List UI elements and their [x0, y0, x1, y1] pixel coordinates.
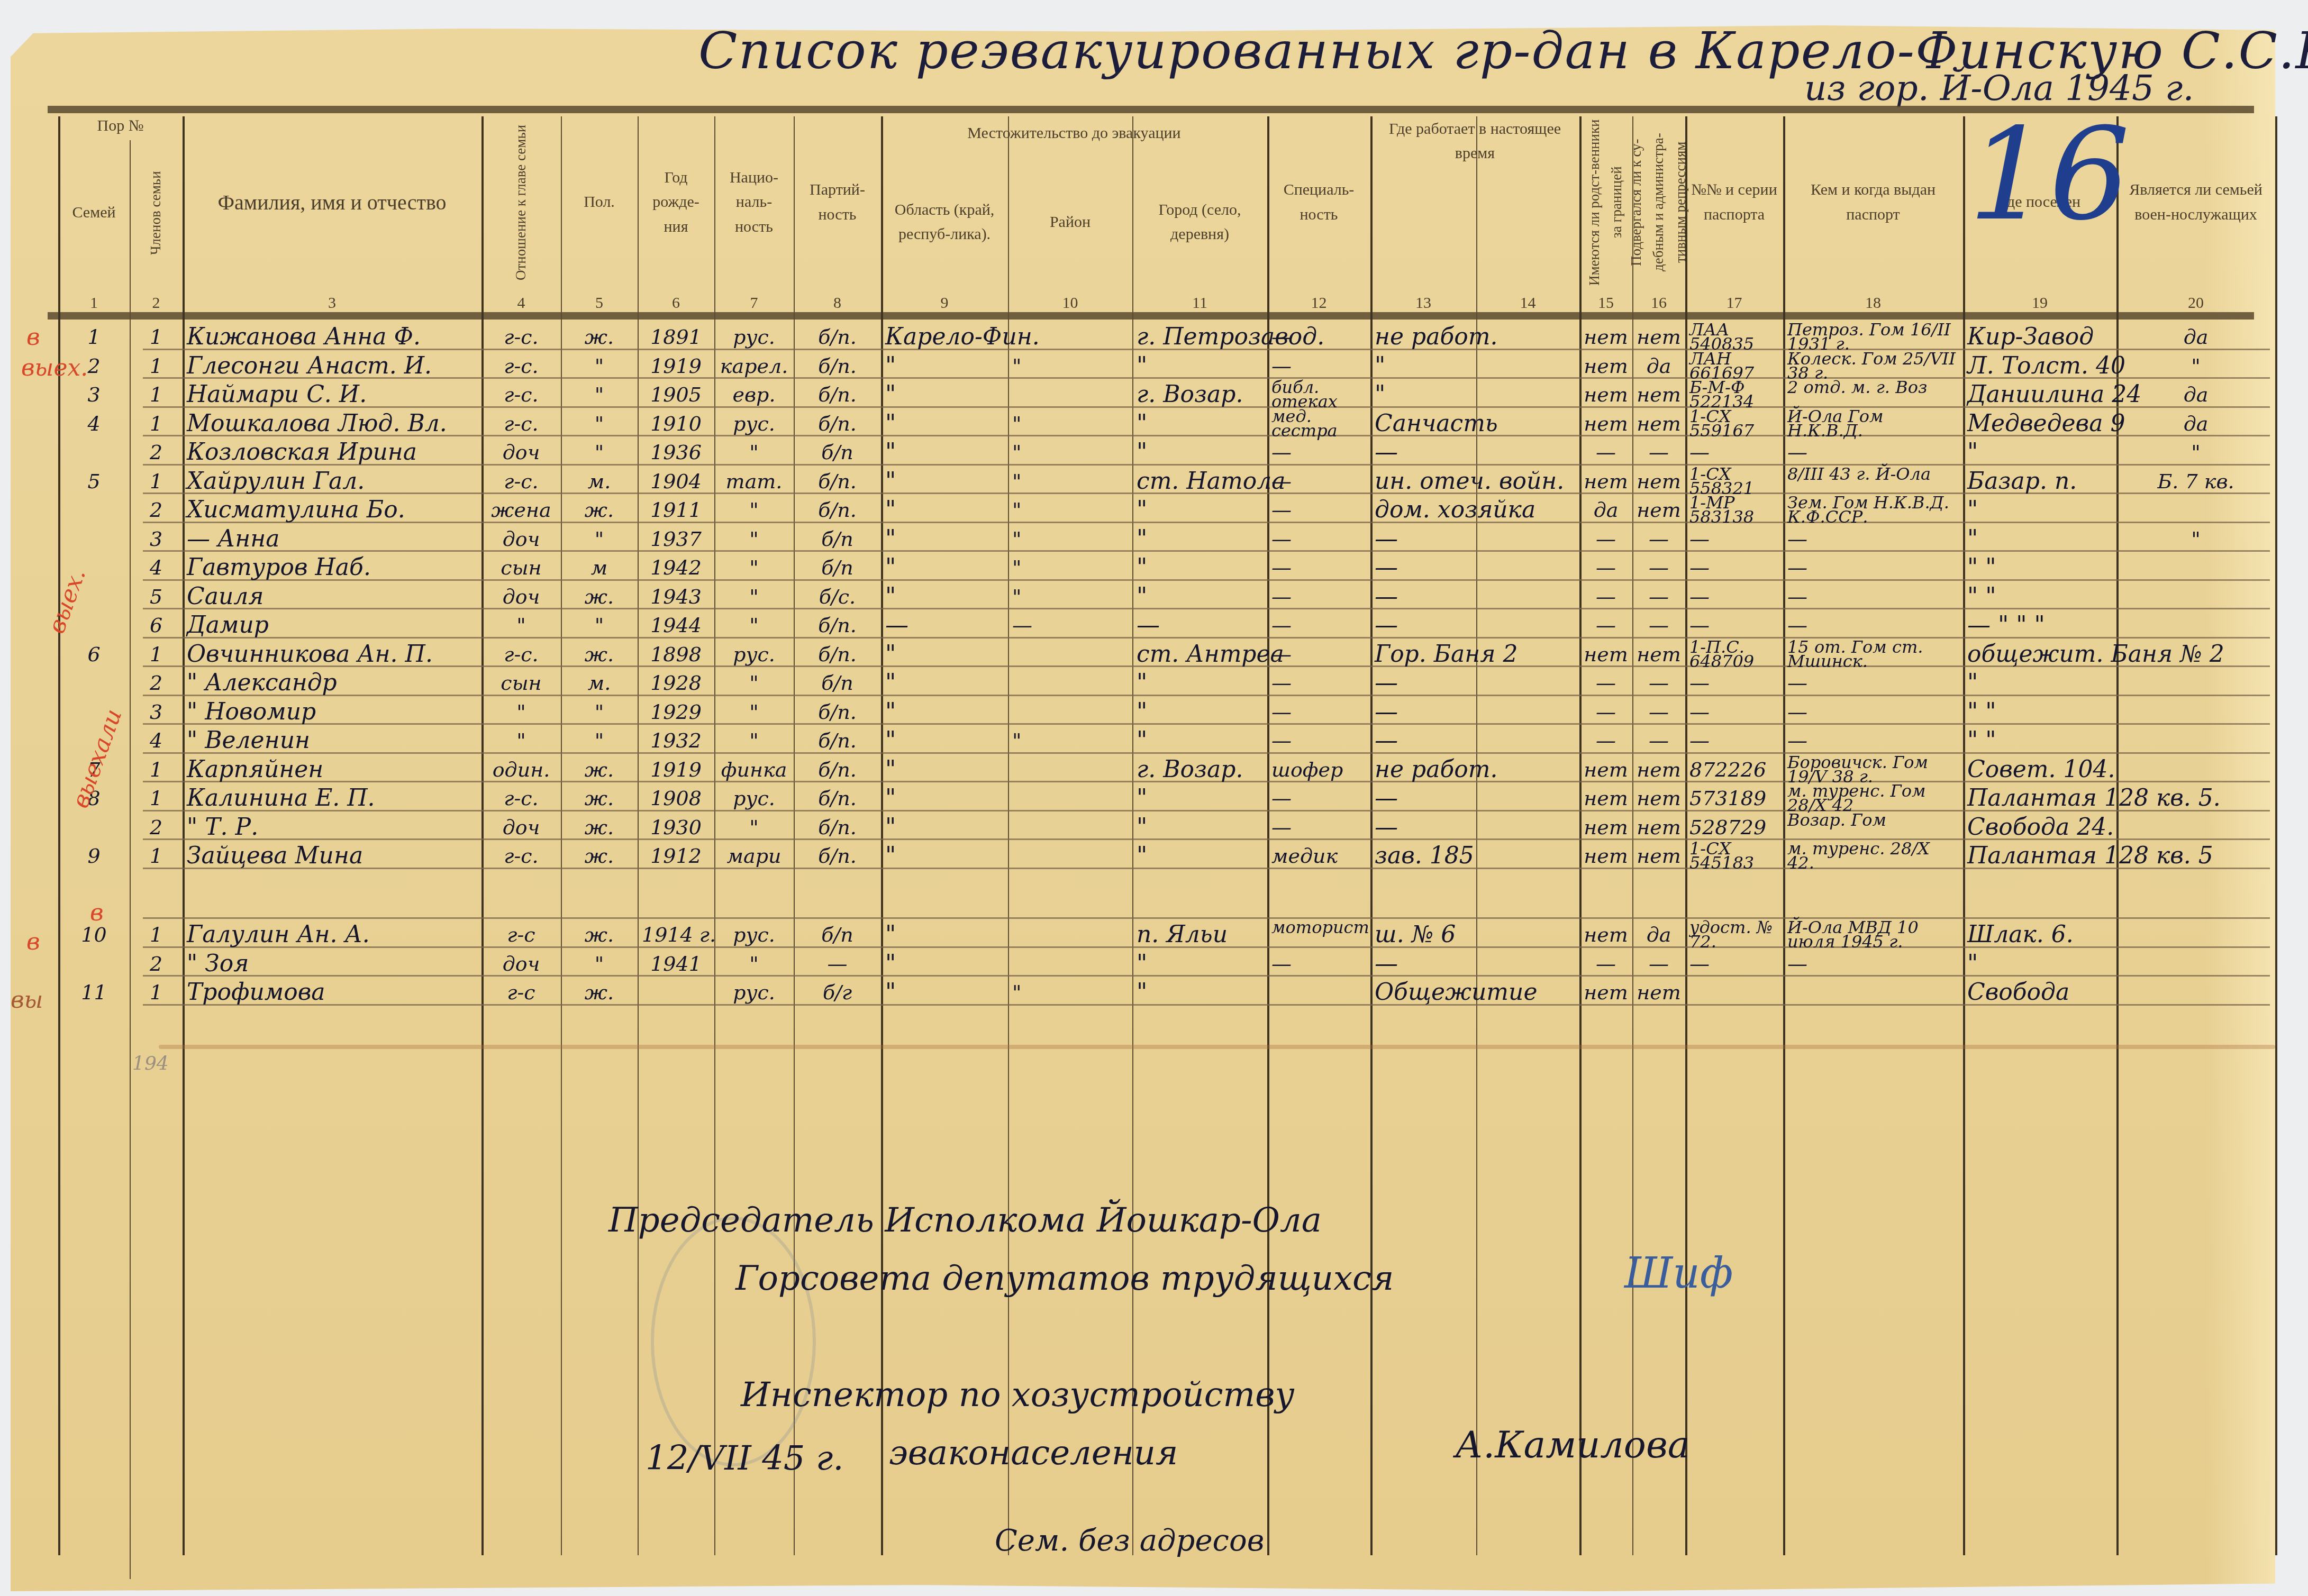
cell-issued: Боровичск. Гом 19/V 38 г. [1787, 755, 1959, 784]
cell-work: — [1375, 784, 1575, 813]
header-col-13 [1370, 159, 1476, 286]
cell-fam: 4 [62, 409, 125, 438]
cell-rel: сын [486, 669, 557, 697]
cell-issued [1787, 978, 1959, 1007]
cell-settled: " " [1967, 553, 2112, 582]
cell-name: Мошкалова Люд. Вл. [187, 409, 477, 438]
cell-work: — [1375, 950, 1575, 978]
cell-mil: да [2121, 323, 2271, 351]
cell-mil [2121, 553, 2271, 582]
cell-passport: — [1689, 611, 1779, 640]
cell-party: б/п. [798, 323, 877, 351]
header-top-rule [48, 106, 2254, 113]
cell-mil: " [2121, 438, 2271, 467]
margin-note: в [26, 928, 40, 955]
paper-fold-stain [159, 1045, 2275, 1049]
cell-mil: да [2121, 380, 2271, 409]
header-col-1: Семей [58, 140, 130, 286]
cell-nat: карел. [719, 352, 789, 380]
cell-nat: " [719, 496, 789, 524]
cell-city: п. Яльи [1137, 920, 1263, 949]
cell-work: зав. 185 [1375, 842, 1575, 870]
cell-city: " [1137, 553, 1263, 582]
cell-passport: — [1689, 726, 1779, 755]
cell-oblast: " [885, 640, 1004, 669]
cell-party: б/п [798, 525, 877, 553]
cell-nat: финка [719, 755, 789, 784]
cell-year: 1937 [642, 525, 710, 553]
cell-issued: Зем. Гом Н.К.В.Д. К.Ф.ССР. [1787, 496, 1959, 524]
cell-work: — [1375, 611, 1575, 640]
cell-sex: " [565, 611, 633, 640]
cell-oblast: " [885, 380, 1004, 409]
cell-spec: — [1271, 726, 1366, 755]
header-col-6: Год рожде-ния [638, 119, 714, 286]
column-number: 8 [794, 294, 881, 312]
cell-party: б/п [798, 920, 877, 949]
cell-name: Хисматулина Бо. [187, 496, 477, 524]
column-number: 19 [1963, 294, 2116, 312]
cell-oblast: " [885, 978, 1004, 1007]
cell-settled: — " " " [1967, 611, 2112, 640]
cell-city: " [1137, 438, 1263, 467]
cell-spec: библ. отеках [1271, 380, 1366, 409]
cell-rel: г-с. [486, 323, 557, 351]
cell-issued: м. туренс. Гом 28/X 42 [1787, 784, 1959, 813]
sheet-number-mark: 16 [1968, 111, 2130, 238]
cell-settled: " [1967, 438, 2112, 467]
cell-fam: 1 [62, 323, 125, 351]
cell-year: 1891 [642, 323, 710, 351]
cell-mil [2121, 726, 2271, 755]
cell-nat [719, 892, 789, 920]
cell-work: — [1375, 582, 1575, 611]
header-col-3: Фамилия, имя и отчество [183, 119, 481, 286]
cell-party [798, 892, 877, 920]
column-number: 10 [1008, 294, 1132, 312]
cell-raion: " [1012, 467, 1128, 496]
cell-sex: м [565, 553, 633, 582]
cell-year: 1929 [642, 698, 710, 726]
cell-fam: 6 [62, 640, 125, 669]
cell-settled: Палантая 128 кв. 5. [1967, 784, 2112, 813]
cell-sex: ж. [565, 920, 633, 949]
cell-year: 1919 [642, 352, 710, 380]
cell-raion [1012, 813, 1128, 842]
column-number: 9 [881, 294, 1008, 312]
cell-work: Гор. Баня 2 [1375, 640, 1575, 669]
cell-party: б/г [798, 978, 877, 1007]
cell-nat: " [719, 438, 789, 467]
inspector-title-line1: Инспектор по хозустройству [741, 1375, 1295, 1415]
column-divider [1632, 116, 1633, 1555]
cell-repr: нет [1637, 640, 1681, 669]
cell-name: Гавтуров Наб. [187, 553, 477, 582]
cell-spec: — [1271, 553, 1366, 582]
column-divider [183, 116, 185, 1555]
cell-passport: 1-МР 583138 [1689, 496, 1779, 524]
cell-abroad: нет [1584, 352, 1628, 380]
cell-passport: — [1689, 698, 1779, 726]
cell-work: Общежитие [1375, 978, 1575, 1007]
cell-work: — [1375, 698, 1575, 726]
cell-settled: Базар. п. [1967, 467, 2112, 496]
cell-city: " [1137, 525, 1263, 553]
cell-city: " [1137, 496, 1263, 524]
cell-repr: нет [1637, 978, 1681, 1007]
cell-rel: г-с. [486, 842, 557, 870]
cell-settled: Л. Толст. 40 [1967, 352, 2112, 380]
column-number: 4 [481, 294, 561, 312]
cell-city: " [1137, 698, 1263, 726]
cell-repr: — [1637, 698, 1681, 726]
column-number: 11 [1132, 294, 1267, 312]
cell-work: — [1375, 525, 1575, 553]
cell-nat: " [719, 611, 789, 640]
cell-name: Хайрулин Гал. [187, 467, 477, 496]
column-number: 2 [130, 294, 183, 312]
cell-mem: 1 [134, 467, 178, 496]
cell-issued: — [1787, 525, 1959, 553]
cell-issued: — [1787, 582, 1959, 611]
cell-party: б/п. [798, 409, 877, 438]
cell-settled: Палантая 128 кв. 5 [1967, 842, 2112, 870]
cell-party: б/п. [798, 496, 877, 524]
cell-mil [2121, 978, 2271, 1007]
cell-oblast: " [885, 813, 1004, 842]
cell-mil [2121, 842, 2271, 870]
cell-mem: 3 [134, 525, 178, 553]
cell-year: 1912 [642, 842, 710, 870]
cell-city: " [1137, 669, 1263, 697]
cell-spec: — [1271, 669, 1366, 697]
cell-settled: Совет. 104. [1967, 755, 2112, 784]
cell-abroad: — [1584, 698, 1628, 726]
cell-abroad: — [1584, 438, 1628, 467]
cell-passport: удост. № 72. [1689, 920, 1779, 949]
cell-oblast: " [885, 525, 1004, 553]
cell-repr: нет [1637, 323, 1681, 351]
cell-oblast: " [885, 582, 1004, 611]
cell-issued: Возар. Гом [1787, 813, 1959, 842]
column-divider [1132, 116, 1133, 1555]
cell-mil [2121, 920, 2271, 949]
cell-sex: ж. [565, 784, 633, 813]
cell-spec: — [1271, 950, 1366, 978]
cell-rel [486, 892, 557, 920]
cell-settled: " [1967, 496, 2112, 524]
column-divider [638, 116, 639, 1555]
cell-raion: " [1012, 553, 1128, 582]
cell-mil [2121, 784, 2271, 813]
cell-mem: 2 [134, 438, 178, 467]
cell-sex: " [565, 525, 633, 553]
cell-party: б/п. [798, 698, 877, 726]
cell-sex: " [565, 726, 633, 755]
cell-raion [1012, 640, 1128, 669]
cell-city: ст. Натола [1137, 467, 1263, 496]
cell-oblast: " [885, 755, 1004, 784]
cell-mil [2121, 698, 2271, 726]
cell-repr: нет [1637, 784, 1681, 813]
cell-raion [1012, 323, 1128, 351]
cell-rel: сын [486, 553, 557, 582]
cell-city: " [1137, 784, 1263, 813]
cell-fam [62, 525, 125, 553]
cell-issued [1787, 892, 1959, 920]
cell-party: б/п. [798, 380, 877, 409]
header-col-4: Отношение к главе семьи [481, 119, 561, 286]
cell-rel: доч [486, 950, 557, 978]
cell-spec: — [1271, 323, 1366, 351]
cell-city [1137, 892, 1263, 920]
cell-city: " [1137, 978, 1263, 1007]
official-stamp [651, 1217, 816, 1466]
cell-city: " [1137, 582, 1263, 611]
cell-abroad: — [1584, 726, 1628, 755]
cell-abroad: — [1584, 611, 1628, 640]
cell-year: 1928 [642, 669, 710, 697]
cell-nat: рус. [719, 978, 789, 1007]
cell-passport: — [1689, 669, 1779, 697]
cell-raion [1012, 380, 1128, 409]
cell-abroad: — [1584, 525, 1628, 553]
cell-oblast: " [885, 698, 1004, 726]
cell-rel: г-с. [486, 640, 557, 669]
cell-name: " Александр [187, 669, 477, 697]
cell-sex: ж. [565, 323, 633, 351]
cell-nat: тат. [719, 467, 789, 496]
cell-name: " Новомир [187, 698, 477, 726]
cell-sex: " [565, 438, 633, 467]
column-divider [1783, 116, 1785, 1555]
cell-work: — [1375, 813, 1575, 842]
cell-spec: — [1271, 496, 1366, 524]
cell-work: — [1375, 726, 1575, 755]
header-col-12: Специаль-ность [1267, 119, 1370, 286]
cell-mem: 2 [134, 496, 178, 524]
cell-repr: да [1637, 920, 1681, 949]
cell-nat: евр. [719, 380, 789, 409]
cell-nat: рус. [719, 640, 789, 669]
column-number: 20 [2116, 294, 2275, 312]
cell-sex: м. [565, 467, 633, 496]
bottom-note: Сем. без адресов [995, 1524, 1264, 1558]
cell-mem: 6 [134, 611, 178, 640]
margin-note: в [26, 324, 40, 351]
cell-settled: " " [1967, 582, 2112, 611]
column-number: 12 [1267, 294, 1370, 312]
cell-nat: " [719, 950, 789, 978]
cell-name: Карпяйнен [187, 755, 477, 784]
cell-rel: доч [486, 582, 557, 611]
cell-repr: — [1637, 950, 1681, 978]
cell-name: Кижанова Анна Ф. [187, 323, 477, 351]
cell-mil [2121, 496, 2271, 524]
cell-abroad: нет [1584, 978, 1628, 1007]
column-number: 16 [1632, 294, 1685, 312]
cell-settled: Медведева 9 [1967, 409, 2112, 438]
margin-note: вы [11, 987, 43, 1014]
cell-mem [134, 892, 178, 920]
faint-number: 194 [132, 1053, 169, 1074]
column-number: 15 [1579, 294, 1632, 312]
cell-rel: доч [486, 525, 557, 553]
cell-spec: — [1271, 611, 1366, 640]
cell-passport: 872226 [1689, 755, 1779, 784]
cell-rel: г-с [486, 978, 557, 1007]
cell-year: 1905 [642, 380, 710, 409]
header-col-17: №№ и серии паспорта [1685, 119, 1783, 286]
cell-passport: — [1689, 553, 1779, 582]
column-number: 1 [58, 294, 130, 312]
cell-name: " Веленин [187, 726, 477, 755]
cell-sex: ж. [565, 842, 633, 870]
cell-spec: мед. сестра [1271, 409, 1366, 438]
header-group-work-now: Где работает в настоящее время [1370, 117, 1579, 165]
cell-settled: Шлак. 6. [1967, 920, 2112, 949]
cell-year: 1932 [642, 726, 710, 755]
column-divider [481, 116, 484, 1555]
cell-name: Дамир [187, 611, 477, 640]
column-divider [1370, 116, 1373, 1555]
cell-repr: нет [1637, 496, 1681, 524]
cell-city: " [1137, 842, 1263, 870]
cell-raion [1012, 784, 1128, 813]
cell-raion [1012, 920, 1128, 949]
cell-abroad: — [1584, 582, 1628, 611]
cell-settled: общежит. Баня № 2 [1967, 640, 2112, 669]
cell-sex: ж. [565, 640, 633, 669]
cell-spec [1271, 978, 1366, 1007]
cell-fam [62, 496, 125, 524]
cell-name: Галулин Ан. А. [187, 920, 477, 949]
header-col-9: Область (край, респуб-лика). [881, 159, 1008, 286]
cell-settled: " " [1967, 726, 2112, 755]
column-divider [2275, 116, 2277, 1555]
cell-year: 1898 [642, 640, 710, 669]
header-col-14 [1476, 159, 1579, 286]
cell-rel: г-с. [486, 409, 557, 438]
cell-mil [2121, 755, 2271, 784]
cell-party: б/п [798, 669, 877, 697]
cell-nat: " [719, 698, 789, 726]
cell-mem: 1 [134, 755, 178, 784]
cell-oblast: " [885, 842, 1004, 870]
column-number: 17 [1685, 294, 1783, 312]
cell-name: Саиля [187, 582, 477, 611]
cell-city: " [1137, 352, 1263, 380]
cell-spec: — [1271, 698, 1366, 726]
cell-abroad: нет [1584, 920, 1628, 949]
cell-year [642, 978, 710, 1007]
cell-abroad: нет [1584, 784, 1628, 813]
cell-mem: 3 [134, 698, 178, 726]
cell-rel: г-с. [486, 784, 557, 813]
cell-rel: г-с. [486, 380, 557, 409]
cell-spec: — [1271, 352, 1366, 380]
column-number: 6 [638, 294, 714, 312]
cell-mil: да [2121, 409, 2271, 438]
cell-year: 1942 [642, 553, 710, 582]
cell-passport: 1-СХ 545183 [1689, 842, 1779, 870]
cell-spec: — [1271, 438, 1366, 467]
cell-mem: 2 [134, 813, 178, 842]
cell-passport: — [1689, 525, 1779, 553]
cell-issued: Й-Ола МВД 10 июля 1945 г. [1787, 920, 1959, 949]
cell-year: 1941 [642, 950, 710, 978]
cell-oblast: " [885, 467, 1004, 496]
cell-mem: 5 [134, 582, 178, 611]
cell-city: г. Петрозавод. [1137, 323, 1263, 351]
cell-sex [565, 892, 633, 920]
cell-raion [1012, 755, 1128, 784]
cell-raion [1012, 698, 1128, 726]
cell-passport: 1-СХ 559167 [1689, 409, 1779, 438]
cell-mem: 1 [134, 784, 178, 813]
cell-sex: " [565, 409, 633, 438]
cell-name: — Анна [187, 525, 477, 553]
cell-year [642, 892, 710, 920]
cell-issued: — [1787, 698, 1959, 726]
cell-year: 1943 [642, 582, 710, 611]
cell-year: 1936 [642, 438, 710, 467]
cell-issued: Колеск. Гом 25/VII 38 г. [1787, 352, 1959, 380]
cell-nat: рус. [719, 409, 789, 438]
cell-work: Санчасть [1375, 409, 1575, 438]
column-divider [58, 116, 60, 1555]
cell-abroad: нет [1584, 813, 1628, 842]
cell-abroad: нет [1584, 755, 1628, 784]
cell-issued: — [1787, 438, 1959, 467]
cell-abroad: — [1584, 950, 1628, 978]
cell-rel: " [486, 726, 557, 755]
cell-issued: 15 от. Гом ст. Мшинск. [1787, 640, 1959, 669]
cell-party: б/п. [798, 755, 877, 784]
cell-sex: ж. [565, 813, 633, 842]
cell-raion: " [1012, 438, 1128, 467]
cell-party: б/п. [798, 640, 877, 669]
cell-spec: — [1271, 467, 1366, 496]
inspector-title-line2: эвакона­селения [889, 1434, 1178, 1473]
cell-oblast: " [885, 352, 1004, 380]
header-col-16: Подвергался ли к су-дебным и администра-… [1632, 119, 1685, 286]
cell-raion: " [1012, 525, 1128, 553]
cell-nat: рус. [719, 323, 789, 351]
cell-settled: Свобода 24. [1967, 813, 2112, 842]
cell-rel: " [486, 698, 557, 726]
header-col-5: Пол. [561, 119, 638, 286]
cell-sex: " [565, 698, 633, 726]
cell-city: " [1137, 813, 1263, 842]
cell-rel: г-с. [486, 467, 557, 496]
cell-party: б/с. [798, 582, 877, 611]
cell-fam: 11 [62, 978, 125, 1007]
cell-issued: 8/III 43 г. Й-Ола [1787, 467, 1959, 496]
cell-mem: 2 [134, 950, 178, 978]
cell-mem: 1 [134, 352, 178, 380]
cell-passport: — [1689, 582, 1779, 611]
cell-passport [1689, 892, 1779, 920]
cell-passport: 573189 [1689, 784, 1779, 813]
cell-raion: " [1012, 582, 1128, 611]
cell-sex: " [565, 352, 633, 380]
cell-abroad: нет [1584, 323, 1628, 351]
cell-oblast: " [885, 920, 1004, 949]
cell-mil [2121, 950, 2271, 978]
cell-party: б/п. [798, 467, 877, 496]
cell-name: " Зоя [187, 950, 477, 978]
